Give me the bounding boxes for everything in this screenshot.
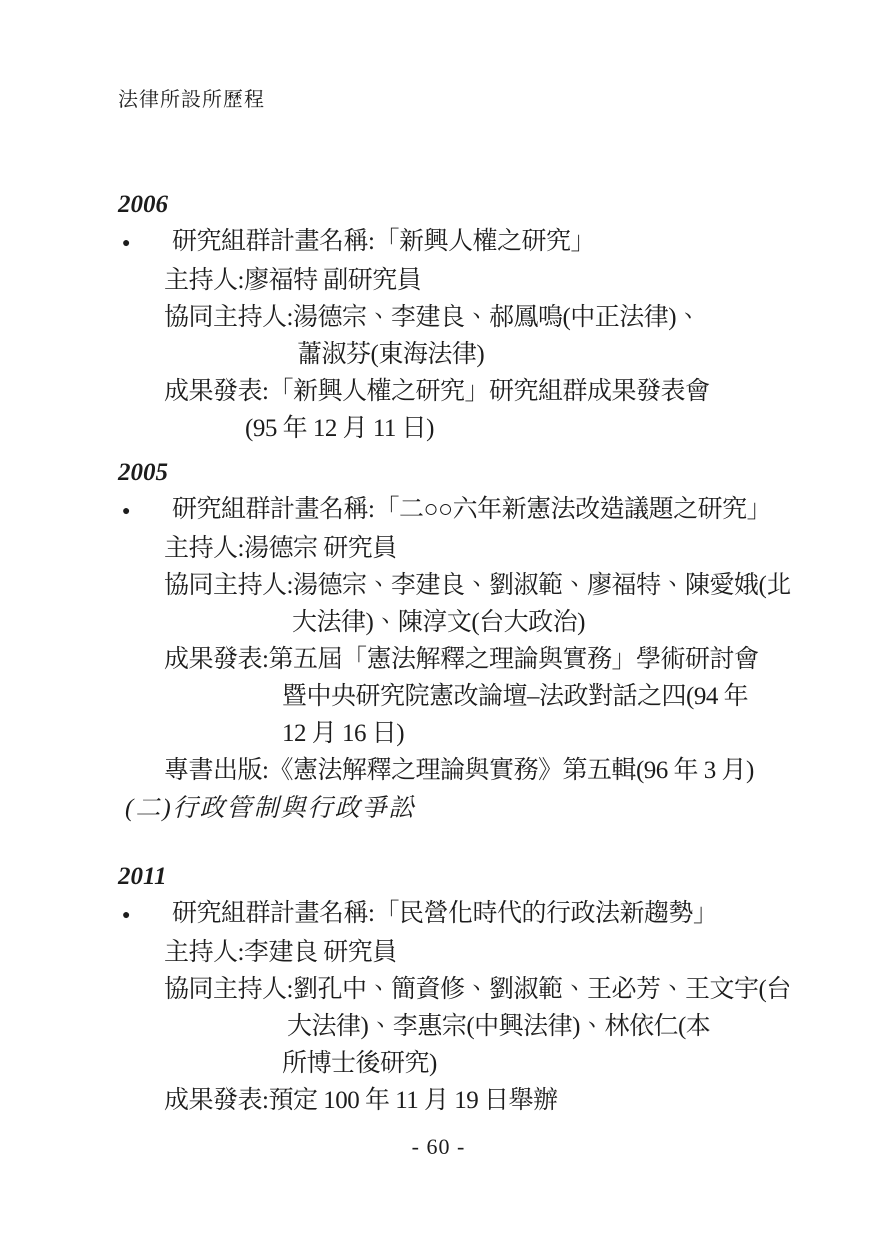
text-line: 蕭淑芬(東海法律) <box>297 336 877 373</box>
text-line: 所博士後研究) <box>282 1045 877 1082</box>
plan-name: 研究組群計畫名稱:「民營化時代的行政法新趨勢」 <box>172 900 717 927</box>
text-line: ●研究組群計畫名稱:「二○○六年新憲法改造議題之研究」 <box>122 491 877 530</box>
text-line: 主持人:廖福特 副研究員 <box>164 262 877 299</box>
text-line: 12 月 16 日) <box>282 715 877 752</box>
document-page: 法律所設所歷程 2006 ●研究組群計畫名稱:「新興人權之研究」 主持人:廖福特… <box>0 0 877 1240</box>
text-line: 成果發表:預定 100 年 11 月 19 日舉辦 <box>164 1082 877 1119</box>
text-line: ●研究組群計畫名稱:「民營化時代的行政法新趨勢」 <box>122 895 877 934</box>
bullet-icon: ● <box>122 493 172 530</box>
text-line: 協同主持人:湯德宗、李建良、郝鳳鳴(中正法律)、 <box>164 299 877 336</box>
text-line: 主持人:李建良 研究員 <box>164 934 877 971</box>
text-line: 成果發表:「新興人權之研究」研究組群成果發表會 <box>164 373 877 410</box>
text-line: 暨中央研究院憲改論壇–法政對話之四(94 年 <box>282 678 877 715</box>
page-header: 法律所設所歷程 <box>118 83 265 112</box>
text-line: 專書出版:《憲法解釋之理論與實務》第五輯(96 年 3 月) <box>164 752 877 789</box>
subsection-heading: (二)行政管制與行政爭訟 <box>125 788 416 824</box>
plan-name: 研究組群計畫名稱:「新興人權之研究」 <box>172 228 595 255</box>
year-heading: 2005 <box>118 454 877 491</box>
bullet-icon: ● <box>122 897 172 934</box>
text-line: 成果發表:第五屆「憲法解釋之理論與實務」學術研討會 <box>164 641 877 678</box>
section-2006: 2006 ●研究組群計畫名稱:「新興人權之研究」 主持人:廖福特 副研究員 協同… <box>0 186 877 447</box>
plan-name: 研究組群計畫名稱:「二○○六年新憲法改造議題之研究」 <box>172 496 771 523</box>
text-line: 大法律)、李惠宗(中興法律)、林依仁(本 <box>287 1008 877 1045</box>
year-heading: 2006 <box>118 186 877 223</box>
section-2005: 2005 ●研究組群計畫名稱:「二○○六年新憲法改造議題之研究」 主持人:湯德宗… <box>0 454 877 789</box>
text-line: (95 年 12 月 11 日) <box>245 410 877 447</box>
section-2011: 2011 ●研究組群計畫名稱:「民營化時代的行政法新趨勢」 主持人:李建良 研究… <box>0 858 877 1119</box>
text-line: 大法律)、陳淳文(台大政治) <box>292 604 877 641</box>
bullet-icon: ● <box>122 225 172 262</box>
text-line: 主持人:湯德宗 研究員 <box>164 530 877 567</box>
text-line: 協同主持人:劉孔中、簡資修、劉淑範、王必芳、王文宇(台 <box>164 971 877 1008</box>
year-heading: 2011 <box>118 858 877 895</box>
text-line: 協同主持人:湯德宗、李建良、劉淑範、廖福特、陳愛娥(北 <box>164 567 877 604</box>
text-line: ●研究組群計畫名稱:「新興人權之研究」 <box>122 223 877 262</box>
page-number: - 60 - <box>0 1134 877 1160</box>
